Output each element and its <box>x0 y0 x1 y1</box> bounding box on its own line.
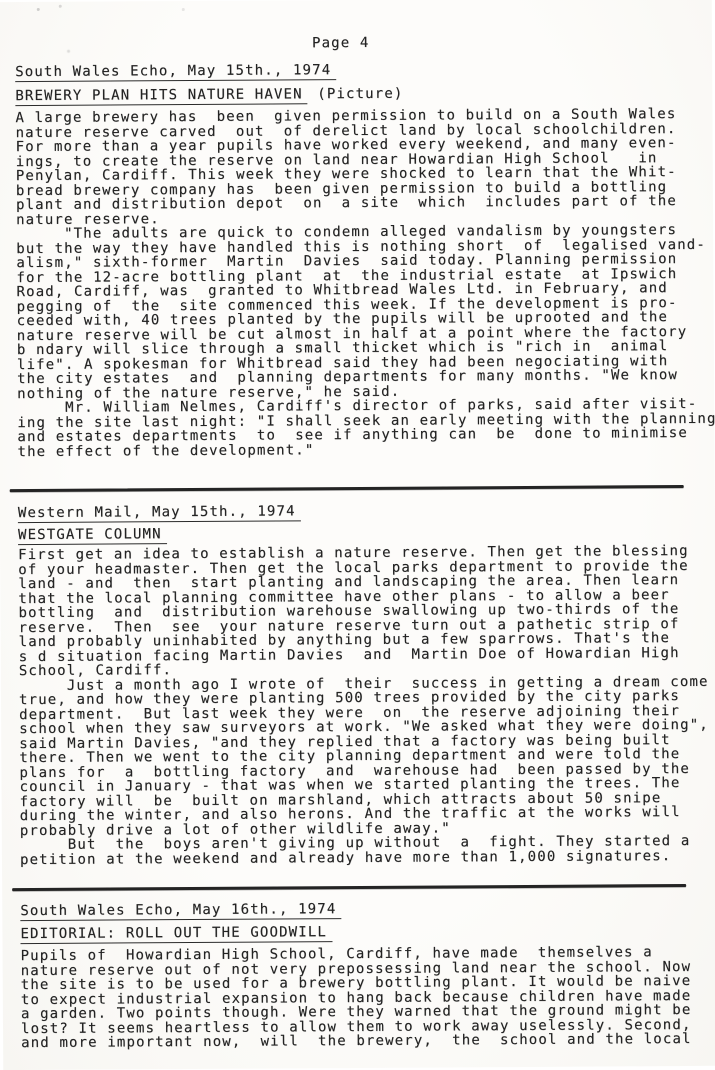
article-1-headline-row: BREWERY PLAN HITS NATURE HAVEN (Picture) <box>15 84 694 104</box>
article-3-body: Pupils of Howardian High School, Cardiff… <box>21 945 701 1051</box>
article-3-source-heading: South Wales Echo, May 16th., 1974 <box>20 899 699 919</box>
article-1-body: A large brewery has been given permissio… <box>15 107 696 459</box>
article-1-headline: BREWERY PLAN HITS NATURE HAVEN <box>15 86 307 106</box>
document-page: Page 4 South Wales Echo, May 15th., 1974… <box>0 0 715 1068</box>
article-1-headline-note: (Picture) <box>308 86 404 103</box>
section-divider-2 <box>12 884 686 891</box>
page-number: Page 4 <box>312 0 694 50</box>
article-2-body: First get an idea to establish a nature … <box>18 544 699 867</box>
section-divider-1 <box>10 485 684 492</box>
article-1-source-heading: South Wales Echo, May 15th., 1974 <box>15 60 694 80</box>
article-1-source: South Wales Echo, May 15th., 1974 <box>15 62 336 82</box>
article-3-source: South Wales Echo, May 16th., 1974 <box>20 901 341 921</box>
article-2-headline-row: WESTGATE COLUMN <box>18 523 697 543</box>
article-3-headline: EDITORIAL: ROLL OUT THE GOODWILL <box>20 924 332 944</box>
article-2-source-heading: Western Mail, May 15th., 1974 <box>18 501 697 521</box>
article-3-headline-row: EDITORIAL: ROLL OUT THE GOODWILL <box>20 922 699 942</box>
article-2-source: Western Mail, May 15th., 1974 <box>18 503 301 523</box>
article-2-headline: WESTGATE COLUMN <box>18 526 167 545</box>
scan-marks <box>37 8 40 11</box>
